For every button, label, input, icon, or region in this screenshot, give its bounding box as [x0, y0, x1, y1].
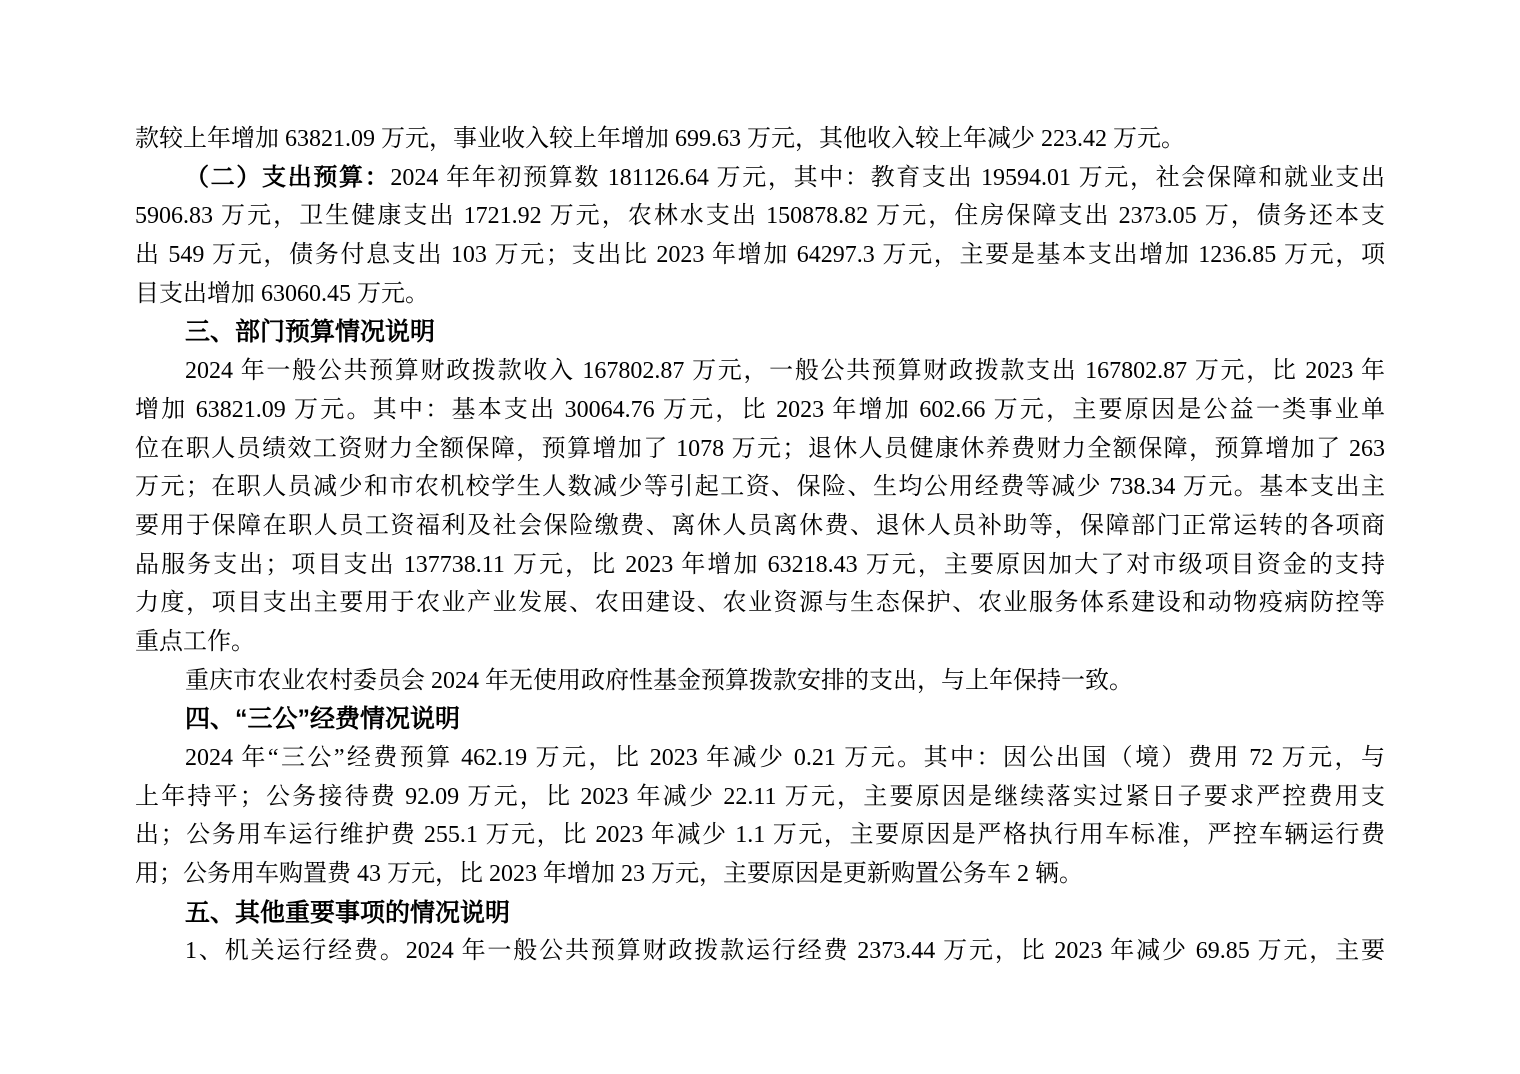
text-line: 用；公务用车购置费 43 万元，比 2023 年增加 23 万元，主要原因是更新…: [135, 855, 1385, 894]
text-line: 1、机关运行经费。2024 年一般公共预算财政拨款运行经费 2373.44 万元…: [135, 932, 1385, 971]
text-line: 增加 63821.09 万元。其中：基本支出 30064.76 万元，比 202…: [135, 391, 1385, 430]
text-line: 重点工作。: [135, 623, 1385, 662]
section-heading: 五、其他重要事项的情况说明: [135, 894, 1385, 933]
text-line: 要用于保障在职人员工资福利及社会保险缴费、离休人员离休费、退休人员补助等，保障部…: [135, 507, 1385, 546]
text-line: 万元；在职人员减少和市农机校学生人数减少等引起工资、保险、生均公用经费等减少 7…: [135, 468, 1385, 507]
text-line: 2024 年“三公”经费预算 462.19 万元，比 2023 年减少 0.21…: [135, 739, 1385, 778]
text-line: 品服务支出；项目支出 137738.11 万元，比 2023 年增加 63218…: [135, 546, 1385, 585]
paragraph-text: 2024 年年初预算数 181126.64 万元，其中：教育支出 19594.0…: [390, 165, 1385, 191]
text-line: 力度，项目支出主要用于农业产业发展、农田建设、农业资源与生态保护、农业服务体系建…: [135, 584, 1385, 623]
text-line: 重庆市农业农村委员会 2024 年无使用政府性基金预算拨款安排的支出，与上年保持…: [135, 662, 1385, 701]
section-heading: 四、“三公”经费情况说明: [135, 700, 1385, 739]
text-line: 出；公务用车运行维护费 255.1 万元，比 2023 年减少 1.1 万元，主…: [135, 816, 1385, 855]
text-line: （二）支出预算：2024 年年初预算数 181126.64 万元，其中：教育支出…: [135, 159, 1385, 198]
text-line: 2024 年一般公共预算财政拨款收入 167802.87 万元，一般公共预算财政…: [135, 352, 1385, 391]
section-heading: 三、部门预算情况说明: [135, 313, 1385, 352]
text-line: 位在职人员绩效工资财力全额保障，预算增加了 1078 万元；退休人员健康休养费财…: [135, 430, 1385, 469]
text-line: 上年持平；公务接待费 92.09 万元，比 2023 年减少 22.11 万元，…: [135, 778, 1385, 817]
document-page: 款较上年增加 63821.09 万元，事业收入较上年增加 699.63 万元，其…: [135, 120, 1385, 971]
paragraph-label: （二）支出预算：: [185, 165, 390, 191]
text-line: 出 549 万元，债务付息支出 103 万元；支出比 2023 年增加 6429…: [135, 236, 1385, 275]
text-line: 5906.83 万元，卫生健康支出 1721.92 万元，农林水支出 15087…: [135, 197, 1385, 236]
text-line: 款较上年增加 63821.09 万元，事业收入较上年增加 699.63 万元，其…: [135, 120, 1385, 159]
text-line: 目支出增加 63060.45 万元。: [135, 275, 1385, 314]
